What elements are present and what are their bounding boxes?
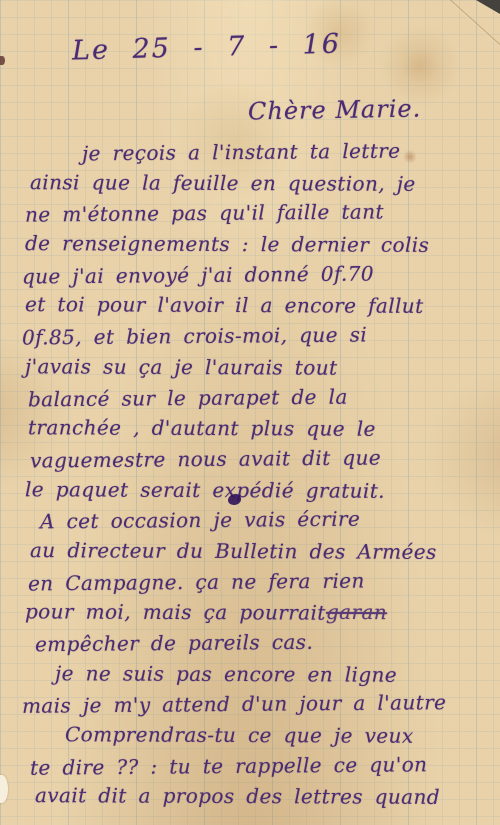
letter-salutation: Chère Marie. xyxy=(248,94,422,125)
handwritten-line: balancé sur le parapet de la xyxy=(22,386,492,417)
handwritten-line: mais je m'y attend d'un jour a l'autre xyxy=(22,692,492,723)
handwritten-line: tranchée , d'autant plus que le xyxy=(22,416,492,447)
handwritten-line: 0f.85, et bien crois-moi, que si xyxy=(22,324,492,355)
torn-corner xyxy=(476,0,500,14)
handwritten-line: te dire ?? : tu te rappelle ce qu'on xyxy=(22,754,492,785)
handwritten-line: et toi pour l'avoir il a encore fallut xyxy=(22,293,492,324)
handwritten-line: pour moi, mais ça pourrait garan xyxy=(22,600,492,631)
handwritten-line: j'avais su ça je l'aurais tout xyxy=(22,355,492,386)
handwritten-line: que j'ai envoyé j'ai donné 0f.70 xyxy=(22,263,492,294)
handwritten-line: vaguemestre nous avait dit que xyxy=(22,447,492,478)
handwritten-line: ainsi que la feuille en question, je xyxy=(22,171,492,202)
letter-date: Le 25 - 7 - 16 xyxy=(72,28,342,66)
handwritten-line: ne m'étonne pas qu'il faille tant xyxy=(22,201,492,232)
handwritten-line: A cet occasion je vais écrire xyxy=(22,508,492,539)
handwritten-line: en Campagne. ça ne fera rien xyxy=(22,570,492,601)
handwritten-line: au directeur du Bulletin des Armées xyxy=(22,539,492,570)
handwritten-line: Comprendras-tu ce que je veux xyxy=(22,723,492,754)
handwritten-line: avait dit a propos des lettres quand xyxy=(22,784,492,815)
handwritten-line: de renseignements : le dernier colis xyxy=(22,232,492,263)
handwritten-line: le paquet serait expédié gratuit. xyxy=(22,478,492,509)
crossed-out-word: garan xyxy=(326,600,387,624)
letter-body: je reçois a l'instant ta lettreainsi que… xyxy=(22,140,492,815)
handwritten-line: je ne suis pas encore en ligne xyxy=(22,662,492,693)
handwritten-line: empêcher de pareils cas. xyxy=(22,631,492,662)
edge-stain xyxy=(0,56,5,65)
handwritten-line: je reçois a l'instant ta lettre xyxy=(22,140,492,171)
paper-chip xyxy=(0,775,8,803)
letter-paper: Le 25 - 7 - 16 Chère Marie. je reçois a … xyxy=(0,0,500,825)
